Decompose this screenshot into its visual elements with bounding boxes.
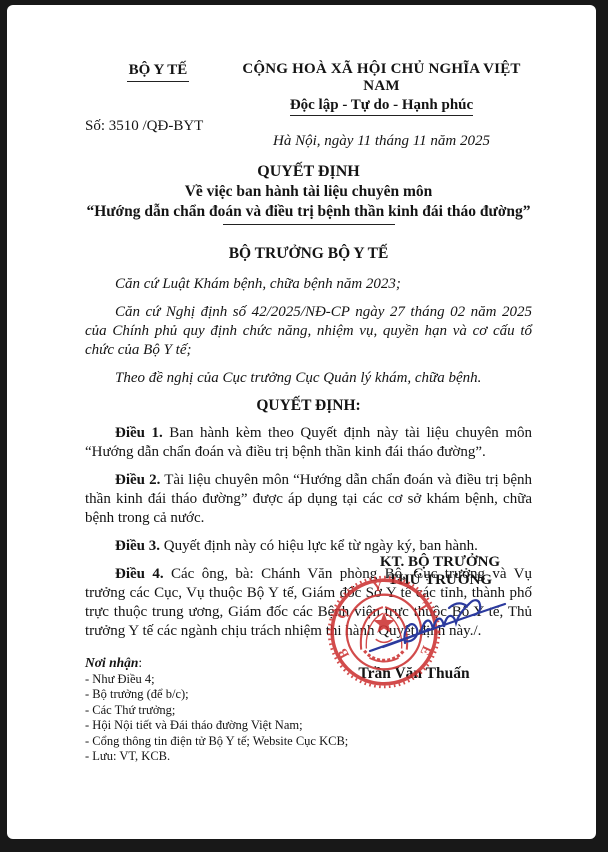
article-4-label: Điều 4. xyxy=(115,566,164,582)
document-page: BỘ Y TẾ Số: 3510 /QĐ-BYT CỘNG HOÀ XÃ HỘI… xyxy=(7,5,596,839)
authority-title: BỘ TRƯỞNG BỘ Y TẾ xyxy=(85,245,532,263)
document-header: BỘ Y TẾ Số: 3510 /QĐ-BYT CỘNG HOÀ XÃ HỘI… xyxy=(85,61,532,150)
recipient-item: - Bộ trưởng (để b/c); xyxy=(85,687,532,703)
recipient-item: - Cổng thông tin điện tử Bộ Y tế; Websit… xyxy=(85,734,532,750)
title-block: QUYẾT ĐỊNH Về việc ban hành tài liệu chu… xyxy=(85,163,532,225)
title-divider xyxy=(223,224,395,225)
document-number: Số: 3510 /QĐ-BYT xyxy=(85,118,231,135)
header-left-column: BỘ Y TẾ Số: 3510 /QĐ-BYT xyxy=(85,61,231,150)
preamble-paragraph: Căn cứ Nghị định số 42/2025/NĐ-CP ngày 2… xyxy=(85,303,532,360)
article-2-label: Điều 2. xyxy=(115,472,160,488)
scan-background: { "page": { "header": { "org": "BỘ Y TẾ"… xyxy=(0,0,608,852)
article-3-text: Quyết định này có hiệu lực kể từ ngày ký… xyxy=(160,538,478,554)
header-right-column: CỘNG HOÀ XÃ HỘI CHỦ NGHĨA VIỆT NAM Độc l… xyxy=(231,61,532,150)
signer-title-line1: KT. BỘ TRƯỞNG xyxy=(337,553,543,571)
doc-subject-line2: “Hướng dẫn chẩn đoán và điều trị bệnh th… xyxy=(85,203,532,221)
preamble-paragraph: Căn cứ Luật Khám bệnh, chữa bệnh năm 202… xyxy=(85,275,532,294)
handwritten-signature xyxy=(355,581,515,657)
article-1-label: Điều 1. xyxy=(115,425,163,441)
article-2: Điều 2. Tài liệu chuyên môn “Hướng dẫn c… xyxy=(85,471,532,528)
preamble-paragraph: Theo đề nghị của Cục trưởng Cục Quản lý … xyxy=(85,369,532,388)
recipient-item: - Hội Nội tiết và Đái tháo đường Việt Na… xyxy=(85,718,532,734)
doc-type-title: QUYẾT ĐỊNH xyxy=(85,163,532,181)
doc-subject-line1: Về việc ban hành tài liệu chuyên môn xyxy=(85,183,532,201)
article-1: Điều 1. Ban hành kèm theo Quyết định này… xyxy=(85,424,532,462)
recipient-item: - Lưu: VT, KCB. xyxy=(85,749,532,765)
recipient-item: - Các Thứ trưởng; xyxy=(85,703,532,719)
issuing-org: BỘ Y TẾ xyxy=(127,62,190,82)
place-date: Hà Nội, ngày 11 tháng 11 năm 2025 xyxy=(231,133,532,150)
article-3-label: Điều 3. xyxy=(115,538,160,554)
national-motto-line2: Độc lập - Tự do - Hạnh phúc xyxy=(231,97,532,116)
decision-heading: QUYẾT ĐỊNH: xyxy=(85,397,532,415)
national-motto-line1: CỘNG HOÀ XÃ HỘI CHỦ NGHĨA VIỆT NAM xyxy=(231,61,532,95)
